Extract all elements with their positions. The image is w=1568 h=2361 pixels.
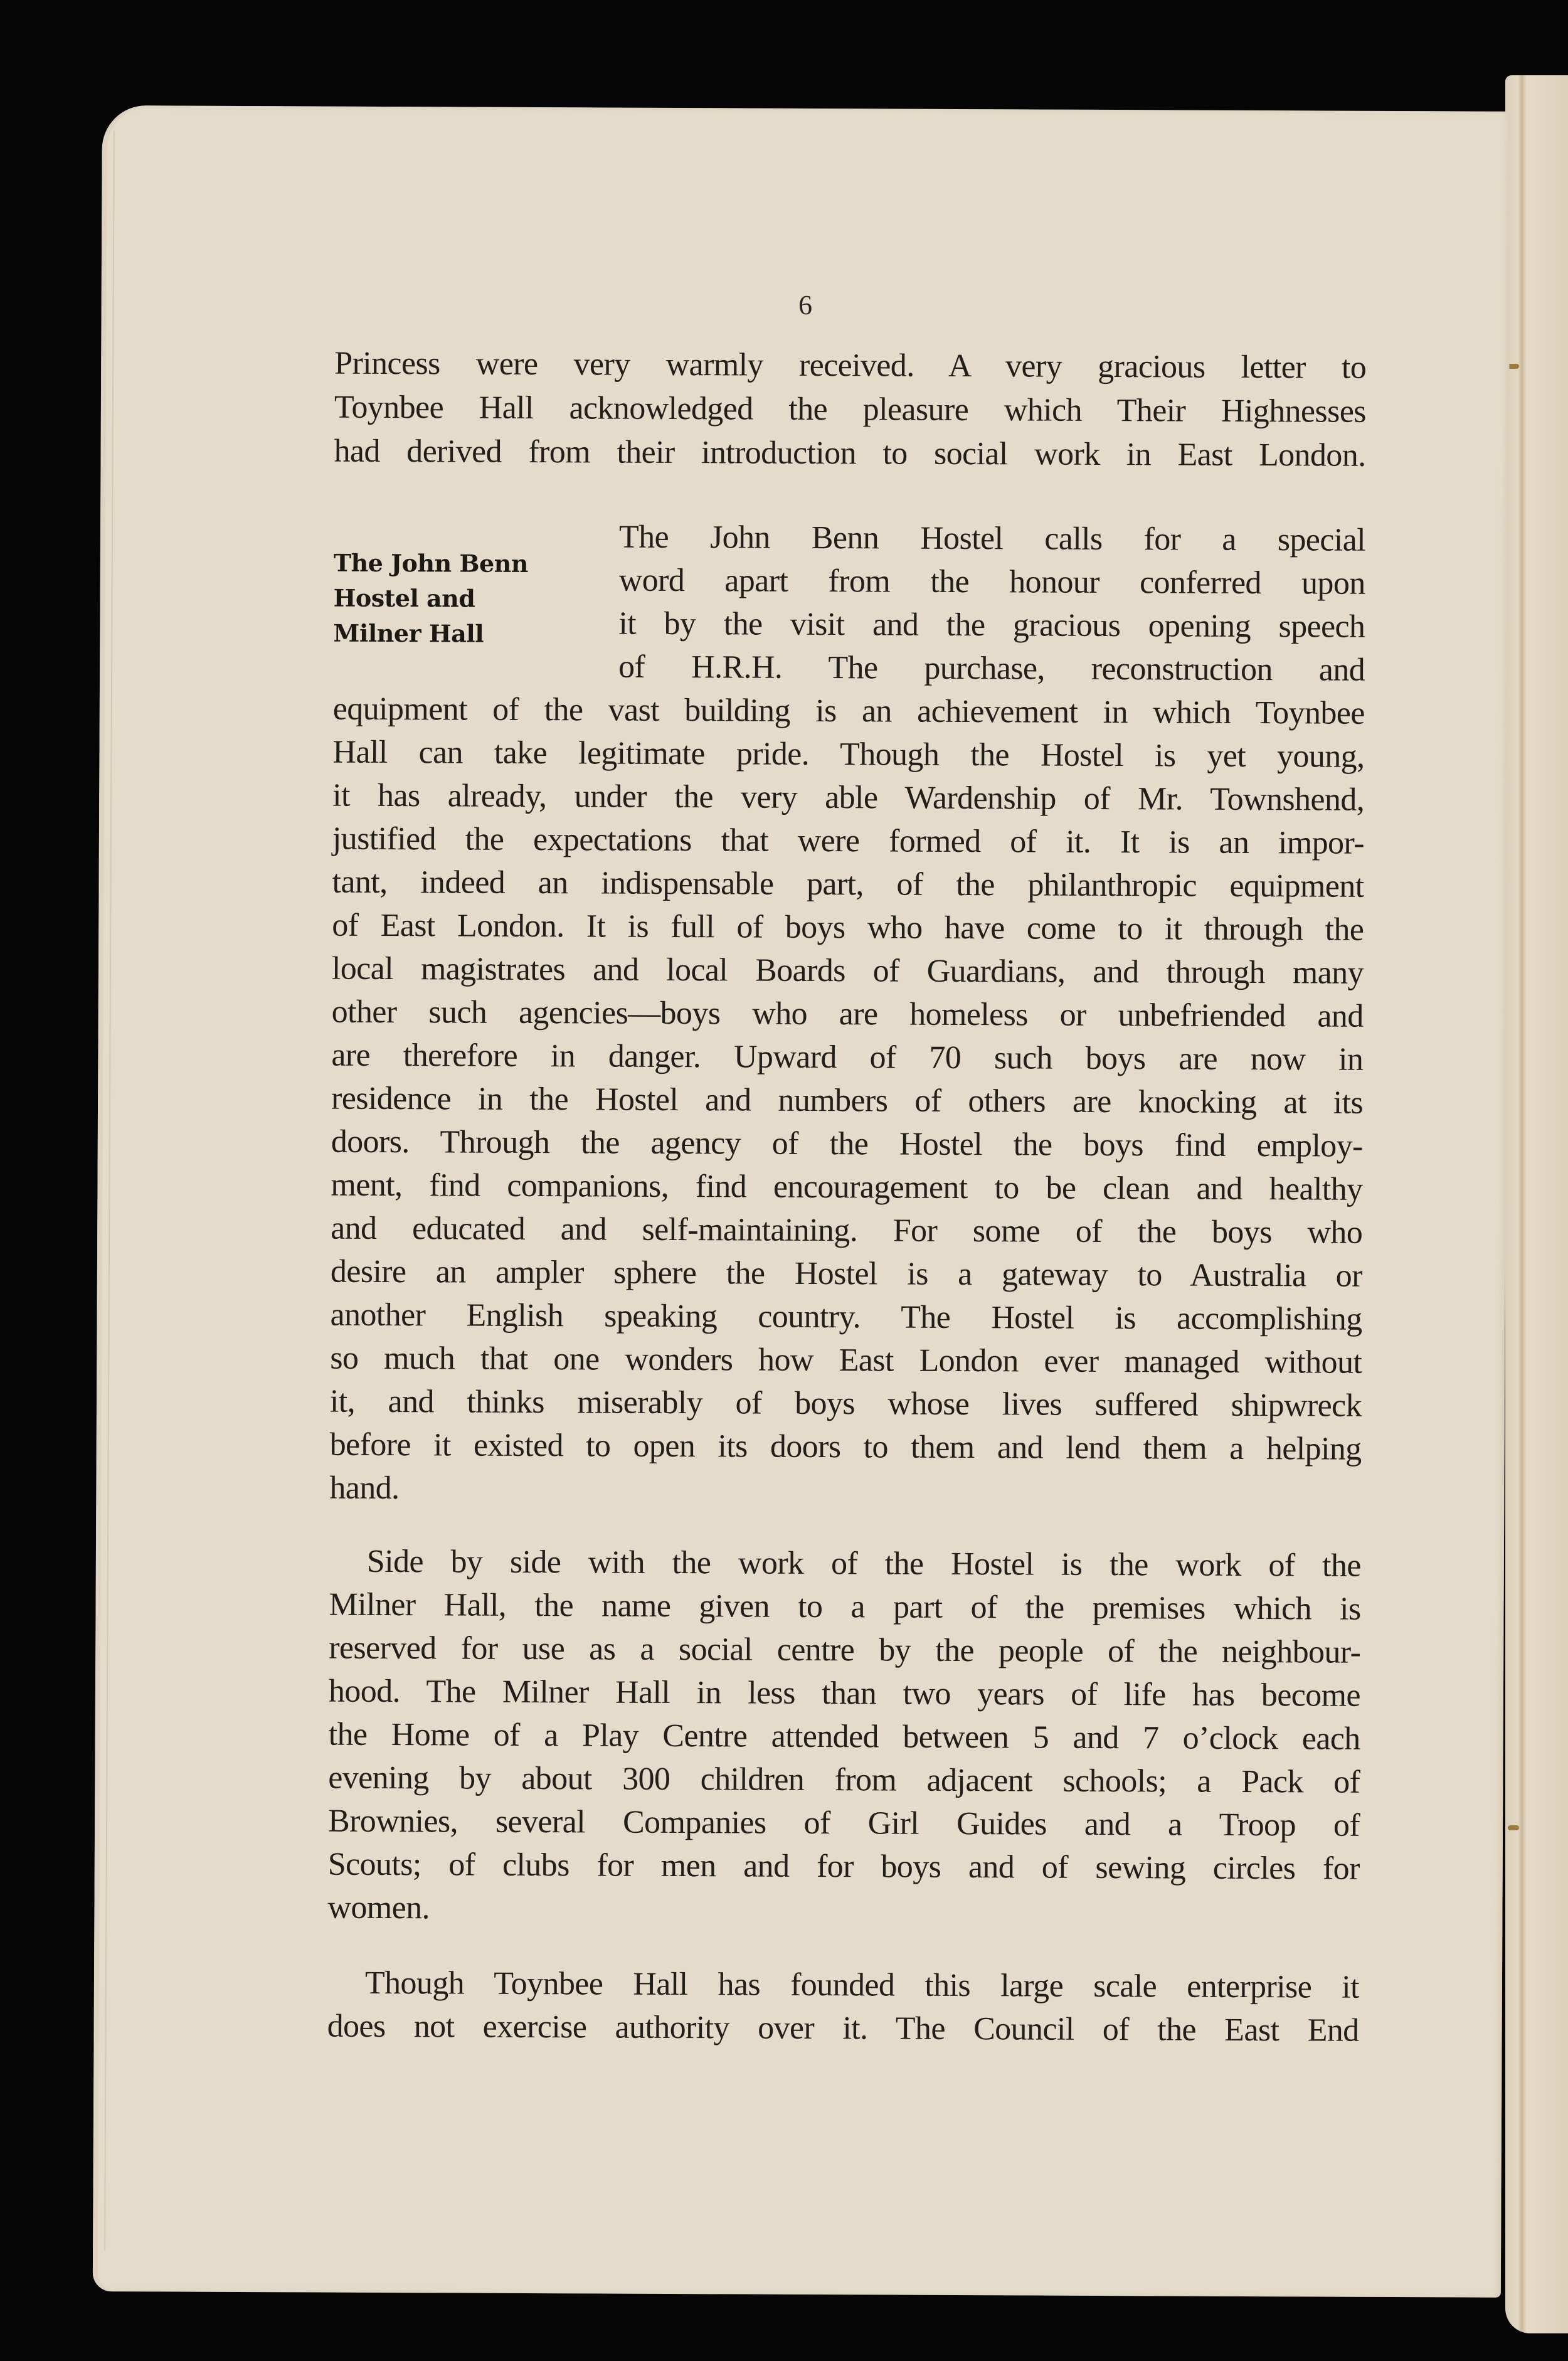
- text-line: tant, indeed an indispensable part, of t…: [332, 864, 1364, 906]
- staple-mark: [1508, 364, 1519, 369]
- text-line: and educated and self-maintaining. For s…: [331, 1210, 1362, 1252]
- text-line: does not exercise authority over it. The…: [327, 2008, 1359, 2050]
- text-line: it has already, under the very able Ward…: [332, 777, 1364, 819]
- text-line: local magistrates and local Boards of Gu…: [332, 950, 1364, 992]
- staple-mark: [1508, 1825, 1519, 1830]
- text-line: reserved for use as a social centre by t…: [329, 1630, 1360, 1672]
- adjacent-page-spine: [1505, 75, 1568, 2333]
- side-heading-line: Milner Hall: [333, 616, 584, 652]
- text-line: equipment of the vast building is an ach…: [333, 691, 1365, 733]
- text-line: so much that one wonders how East London…: [330, 1340, 1362, 1382]
- page-number: 6: [102, 286, 1510, 324]
- side-heading: The John Benn Hostel and Milner Hall: [333, 546, 585, 652]
- text-line: another English speaking country. The Ho…: [330, 1297, 1362, 1339]
- text-line: Side by side with the work of the Hostel…: [367, 1543, 1361, 1585]
- text-line: Though Toynbee Hall has founded this lar…: [365, 1965, 1359, 2007]
- text-line: are therefore in danger. Upward of 70 su…: [331, 1037, 1363, 1079]
- book-page: 6 Princess were very warmly received. A …: [93, 105, 1510, 2298]
- text-line: The John Benn Hostel calls for a special: [619, 519, 1365, 560]
- side-heading-line: The John Benn: [334, 546, 585, 582]
- text-line: Hall can take legitimate pride. Though t…: [332, 734, 1364, 776]
- text-line: Scouts; of clubs for men and for boys an…: [328, 1846, 1360, 1888]
- text-line: hood. The Milner Hall in less than two y…: [329, 1673, 1360, 1715]
- text-line: hand.: [329, 1470, 1361, 1512]
- side-heading-line: Hostel and: [333, 581, 584, 617]
- text-line: residence in the Hostel and numbers of o…: [331, 1080, 1363, 1122]
- text-line: Toynbee Hall acknowledged the pleasure w…: [334, 389, 1366, 431]
- text-line: of East London. It is full of boys who h…: [332, 907, 1364, 949]
- text-line: had derived from their introduction to s…: [334, 433, 1365, 475]
- text-line: desire an ampler sphere the Hostel is a …: [331, 1253, 1362, 1295]
- text-line: Princess were very warmly received. A ve…: [334, 345, 1366, 387]
- text-line: of H.R.H. The purchase, reconstruction a…: [618, 649, 1365, 689]
- text-line: word apart from the honour conferred upo…: [619, 562, 1365, 603]
- text-line: Brownies, several Companies of Girl Guid…: [328, 1803, 1360, 1845]
- page-edge: [104, 130, 115, 2251]
- text-line: evening by about 300 children from adjac…: [328, 1759, 1360, 1801]
- text-line: other such agencies—boys who are homeles…: [332, 994, 1364, 1036]
- text-line: Milner Hall, the name given to a part of…: [329, 1586, 1360, 1628]
- text-line: it, and thinks miserably of boys whose l…: [330, 1383, 1362, 1425]
- text-line: doors. Through the agency of the Hostel …: [331, 1123, 1363, 1165]
- text-line: the Home of a Play Centre attended betwe…: [329, 1716, 1360, 1758]
- text-line: it by the visit and the gracious opening…: [618, 605, 1365, 646]
- text-line: before it existed to open its doors to t…: [330, 1426, 1362, 1468]
- text-line: ment, find companions, find encouragemen…: [331, 1167, 1362, 1209]
- text-line: justified the expectations that were for…: [332, 820, 1364, 862]
- text-line: women.: [327, 1889, 1359, 1931]
